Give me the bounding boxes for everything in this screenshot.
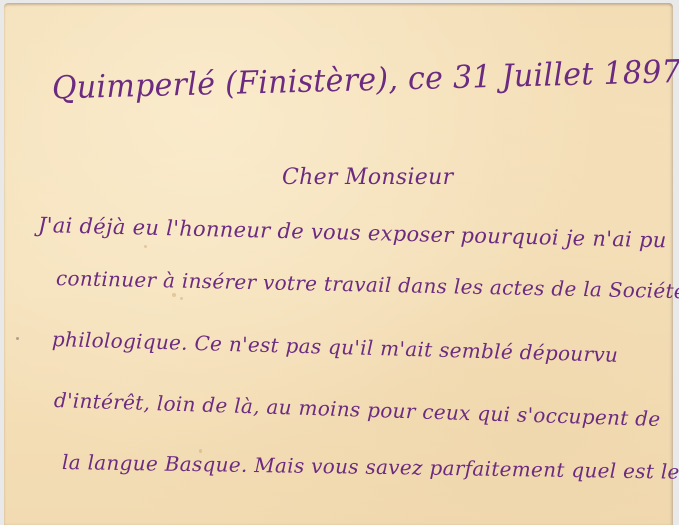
body-line-5: la langue Basque. Mais vous savez parfai…: [62, 450, 679, 484]
paper-stain: [144, 245, 147, 248]
body-line-1: J'ai déjà eu l'honneur de vous exposer p…: [38, 213, 667, 252]
body-line-2: continuer à insérer votre travail dans l…: [56, 266, 679, 303]
letter-page: Quimperlé (Finistère), ce 31 Juillet 189…: [4, 3, 673, 525]
body-line-3: philologique. Ce n'est pas qu'il m'ait s…: [52, 327, 619, 367]
paper-stain: [16, 337, 19, 340]
salutation: Cher Monsieur: [282, 165, 453, 190]
paper-stain: [172, 293, 176, 297]
paper-stain: [180, 297, 183, 300]
body-line-4: d'intérêt, loin de là, au moins pour ceu…: [54, 388, 661, 431]
place-date-header: Quimperlé (Finistère), ce 31 Juillet 189…: [52, 54, 679, 107]
